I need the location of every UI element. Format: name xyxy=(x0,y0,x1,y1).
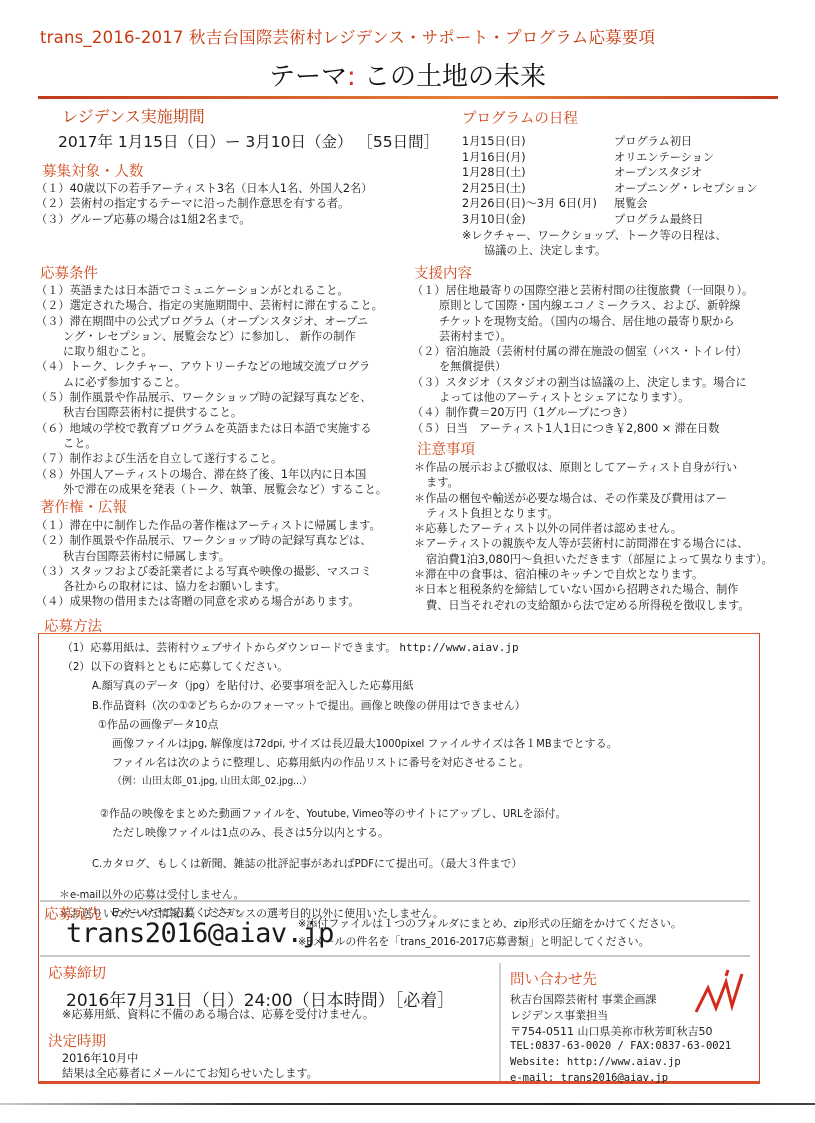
residency-period-heading: レジデンス実施期間 xyxy=(62,104,205,127)
support-line: （２）宿泊施設（芸術村付属の滞在施設の個室（バス・トイレ付） xyxy=(412,344,753,359)
condition-line: こと。 xyxy=(36,436,387,451)
copyright-list: （１）滞在中に制作した作品の著作権はアーティストに帰属します。 （２）制作風景や… xyxy=(36,518,381,610)
method-content: （1）応募用紙は、芸術村ウェブサイトからダウンロードできます。 http://w… xyxy=(62,638,618,924)
schedule-date: 2月26日(日)～3月 6日(月) xyxy=(462,196,614,212)
copyright-line: （３）スタッフおよび委託業者による写真や映像の撮影、マスコミ xyxy=(36,564,381,579)
decision-heading: 決定時期 xyxy=(48,1030,106,1051)
note-line: ＊応募したアーティスト以外の同伴者は認めません。 xyxy=(414,521,773,536)
method-b2-line: ただし映像ファイルは1点のみ、長さは5分以内とする。 xyxy=(62,823,618,842)
schedule-table: 1月15日(日)プログラム初日 1月16日(月)オリエンテーション 1月28日(… xyxy=(462,134,757,259)
method-b1-line: 画像ファイルはjpg, 解像度は72dpi, サイズは長辺最大1000pixel… xyxy=(62,734,618,753)
support-line: を無償提供） xyxy=(412,359,753,374)
schedule-row: 2月25日(土)オープニング・レセプション xyxy=(462,181,757,197)
schedule-row: 1月28日(土)オープンスタジオ xyxy=(462,165,757,181)
condition-line: （３）滞在期間中の公式プログラム（オープンスタジオ、オープニ xyxy=(36,314,387,329)
document-title: trans_2016-2017 秋吉台国際芸術村レジデンス・サポート・プログラム… xyxy=(40,24,655,48)
eligibility-list: （１）40歳以下の若手アーティスト3名（日本人1名、外国人2名） （２）芸術村の… xyxy=(36,181,372,227)
eligibility-item: （３）グループ応募の場合は1組2名まで。 xyxy=(36,212,372,227)
condition-line: （６）地域の学校で教育プログラムを英語または日本語で実施する xyxy=(36,421,387,436)
note-line: ます。 xyxy=(414,475,773,490)
method-b1-line: ファイル名は次のように整理し、応募用紙内の作品リストに番号を対応させること。 xyxy=(62,753,618,772)
support-line: （１）居住地最寄りの国際空港と芸術村間の往復旅費（一回限り）。 xyxy=(412,283,753,298)
contact-details: 秋吉台国際芸術村 事業企画課 レジデンス事業担当 〒754-0511 山口県美祢… xyxy=(510,992,731,1087)
divider xyxy=(40,900,750,902)
support-line: 芸術村まで）。 xyxy=(412,329,753,344)
contact-website[interactable]: Website: http://www.aiav.jp xyxy=(510,1055,731,1071)
note-line: 費、日当それぞれの支給額から法で定める所得税を徴収します。 xyxy=(414,598,773,613)
eligibility-item: （２）芸術村の指定するテーマに沿った制作意思を有する者。 xyxy=(36,196,372,211)
condition-line: ング・レセプション、展覧会など）に参加し、 新作の制作 xyxy=(36,329,387,344)
copyright-line: （２）制作風景や作品展示、ワークショップ時の記録写真などは、 xyxy=(36,533,381,548)
method-step-2: （2）以下の資料とともに応募してください。 xyxy=(62,657,618,676)
condition-line: （７）制作および生活を自立して遂行すること。 xyxy=(36,451,387,466)
residency-period-text: 2017年 1月15日（日）ー 3月10日（金） ［55日間］ xyxy=(58,130,439,152)
theme-colon: : xyxy=(347,62,356,92)
schedule-date: 1月16日(月) xyxy=(462,150,614,166)
notes-heading: 注意事項 xyxy=(417,438,475,459)
method-b2-line: ②作品の映像をまとめた動画ファイルを、Youtube, Vimeo等のサイトにア… xyxy=(62,804,618,823)
contact-address: 〒754-0511 山口県美祢市秋芳町秋吉50 xyxy=(510,1024,731,1040)
send-to-notes: ※添付ファイルは１つのフォルダにまとめ、zip形式の圧縮をかけてください。 ※E… xyxy=(298,915,682,951)
contact-tel-fax: TEL:0837-63-0020 / FAX:0837-63-0021 xyxy=(510,1039,731,1055)
schedule-date: 3月10日(金) xyxy=(462,212,614,228)
header-divider xyxy=(38,96,778,99)
theme-label: テーマ xyxy=(269,62,347,92)
method-item-c: C.カタログ、もしくは新聞、雑誌の批評記事があればPDFにて提出可。（最大３件ま… xyxy=(62,854,618,873)
schedule-row: 1月15日(日)プログラム初日 xyxy=(462,134,757,150)
notes-list: ＊作品の展示および撤収は、原則としてアーティスト自身が行い ます。 ＊作品の梱包… xyxy=(414,460,773,613)
schedule-event: プログラム初日 xyxy=(614,134,692,150)
method-item-b: B.作品資料（次の①②どちらかのフォーマットで提出。画像と映像の併用はできません… xyxy=(62,696,618,715)
conditions-heading: 応募条件 xyxy=(40,262,98,283)
contact-email[interactable]: e-mail: trans2016@aiav.jp xyxy=(510,1071,731,1087)
deadline-note: ※応募用紙、資料に不備のある場合は、応募を受付けません。 xyxy=(62,1007,374,1022)
method-item-a: A.顔写真のデータ（jpg）を貼付け、必要事項を記入した応募用紙 xyxy=(62,676,618,695)
application-email[interactable]: trans2016@aiav.jp xyxy=(66,918,334,949)
support-line: チケットを現物支給。（国内の場合、居住地の最寄り駅から xyxy=(412,314,753,329)
note-line: ＊作品の梱包や輸送が必要な場合は、その作業及び費用はアー xyxy=(414,491,773,506)
note-line: ＊滞在中の食事は、宿泊棟のキッチンで自炊となります。 xyxy=(414,567,773,582)
schedule-row: 3月10日(金)プログラム最終日 xyxy=(462,212,757,228)
conditions-list: （１）英語または日本語でコミュニケーションがとれること。 （２）選定された場合、… xyxy=(36,283,387,497)
copyright-line: 各社からの取材には、協力をお願いします。 xyxy=(36,579,381,594)
support-line: （３）スタジオ（スタジオの割当は協議の上、決定します。場合に xyxy=(412,375,753,390)
condition-line: （５）制作風景や作品展示、ワークショップ時の記録写真などを、 xyxy=(36,390,387,405)
condition-line: （２）選定された場合、指定の実施期間中、芸術村に滞在すること。 xyxy=(36,298,387,313)
decision-note: 結果は全応募者にメールにてお知らせいたします。 xyxy=(62,1066,318,1081)
condition-line: 外で滞在の成果を発表（トーク、執筆、展覧会など）すること。 xyxy=(36,482,387,497)
schedule-row: 1月16日(月)オリエンテーション xyxy=(462,150,757,166)
schedule-event: オープンスタジオ xyxy=(614,165,702,181)
note-line: ＊日本と租税条約を締結していない国から招聘された場合、制作 xyxy=(414,582,773,597)
page-bottom-edge xyxy=(0,1103,815,1105)
schedule-row: 2月26日(日)～3月 6日(月)展覧会 xyxy=(462,196,757,212)
copyright-heading: 著作権・広報 xyxy=(40,496,127,517)
support-line: （４）制作費＝20万円（1グループにつき） xyxy=(412,405,753,420)
schedule-event: オープニング・レセプション xyxy=(614,181,757,197)
support-line: （５）日当 アーティスト1人1日につき￥2,800 × 滞在日数 xyxy=(412,421,753,436)
contact-heading: 問い合わせ先 xyxy=(510,968,597,989)
send-to-note: ※添付ファイルは１つのフォルダにまとめ、zip形式の圧縮をかけてください。 xyxy=(298,915,682,933)
schedule-event: 展覧会 xyxy=(614,196,648,212)
copyright-line: 秋吉台国際芸術村に帰属します。 xyxy=(36,549,381,564)
eligibility-heading: 募集対象・人数 xyxy=(42,160,144,181)
deadline-heading: 応募締切 xyxy=(48,962,106,983)
decision-date: 2016年10月中 xyxy=(62,1051,318,1066)
note-line: ＊作品の展示および撤収は、原則としてアーティスト自身が行い xyxy=(414,460,773,475)
support-line: 原則として国際・国内線エコノミークラス、および、新幹線 xyxy=(412,298,753,313)
note-line: ティスト負担となります。 xyxy=(414,506,773,521)
condition-line: ムに必ず参加すること。 xyxy=(36,375,387,390)
schedule-note: 協議の上、決定します。 xyxy=(462,243,757,259)
condition-line: （１）英語または日本語でコミュニケーションがとれること。 xyxy=(36,283,387,298)
support-list: （１）居住地最寄りの国際空港と芸術村間の往復旅費（一回限り）。 原則として国際・… xyxy=(412,283,753,436)
send-to-note: ※Eメールの件名を「trans_2016-2017応募書類」と明記してください。 xyxy=(298,933,682,951)
condition-line: （４）トーク、レクチャー、アウトリーチなどの地域交流プログラ xyxy=(36,359,387,374)
theme-value: この土地の未来 xyxy=(364,62,546,92)
copyright-line: （１）滞在中に制作した作品の著作権はアーティストに帰属します。 xyxy=(36,518,381,533)
condition-line: （８）外国人アーティストの場合、滞在終了後、1年以内に日本国 xyxy=(36,467,387,482)
divider xyxy=(40,955,750,957)
schedule-date: 2月25日(土) xyxy=(462,181,614,197)
theme-title: テーマ: この土地の未来 xyxy=(0,56,815,93)
contact-org: 秋吉台国際芸術村 事業企画課 xyxy=(510,992,731,1008)
schedule-date: 1月28日(土) xyxy=(462,165,614,181)
condition-line: に取り組むこと。 xyxy=(36,344,387,359)
schedule-date: 1月15日(日) xyxy=(462,134,614,150)
note-line: ＊アーティストの親族や友人等が芸術村に訪問滞在する場合には、 xyxy=(414,536,773,551)
schedule-note: ※レクチャー、ワークショップ、トーク等の日程は、 xyxy=(462,228,757,244)
eligibility-item: （１）40歳以下の若手アーティスト3名（日本人1名、外国人2名） xyxy=(36,181,372,196)
method-step-1: （1）応募用紙は、芸術村ウェブサイトからダウンロードできます。 http://w… xyxy=(62,638,618,657)
note-line: 宿泊費1泊3,080円～負担いただきます（部屋によって異なります）。 xyxy=(414,552,773,567)
schedule-heading: プログラムの日程 xyxy=(462,107,578,128)
support-line: よっては他のアーティストとシェアになります）。 xyxy=(412,390,753,405)
divider-vertical xyxy=(499,963,501,1081)
condition-line: 秋吉台国際芸術村に提供すること。 xyxy=(36,405,387,420)
copyright-line: （４）成果物の借用または寄贈の同意を求める場合があります。 xyxy=(36,594,381,609)
method-b1-example: （例：山田太郎_01.jpg, 山田太郎_02.jpg…） xyxy=(62,772,618,791)
contact-dept: レジデンス事業担当 xyxy=(510,1008,731,1024)
method-b1-title: ①作品の画像データ10点 xyxy=(62,715,618,734)
schedule-event: プログラム最終日 xyxy=(614,212,703,228)
decision-text: 2016年10月中 結果は全応募者にメールにてお知らせいたします。 xyxy=(62,1051,318,1082)
website-link[interactable]: http://www.aiav.jp xyxy=(399,641,518,654)
support-heading: 支援内容 xyxy=(414,262,472,283)
schedule-event: オリエンテーション xyxy=(614,150,714,166)
